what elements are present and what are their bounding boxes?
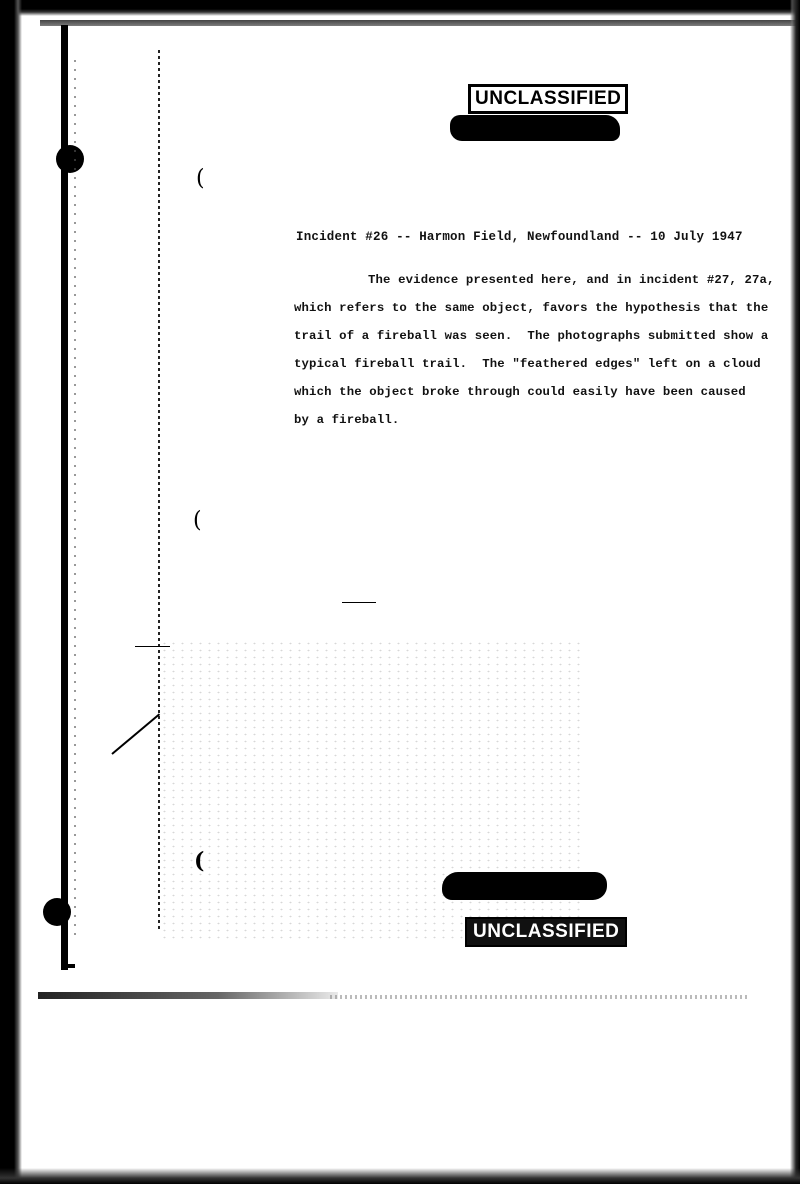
bottom-fold-shadow-faint bbox=[330, 995, 750, 999]
paragraph-line: The evidence presented here, and in inci… bbox=[294, 270, 764, 298]
scan-edge-right bbox=[790, 0, 800, 1184]
punch-hole-icon: ( bbox=[194, 848, 204, 874]
scan-edge-top bbox=[0, 0, 800, 16]
diagonal-pen-mark bbox=[111, 713, 160, 754]
stray-rule-mark bbox=[342, 602, 376, 603]
redaction-bar-top bbox=[450, 115, 620, 141]
paragraph-line: which the object broke through could eas… bbox=[294, 382, 764, 410]
incident-heading: Incident #26 -- Harmon Field, Newfoundla… bbox=[296, 230, 743, 244]
punch-hole-icon: ( bbox=[196, 166, 205, 191]
page-fold-line-faint bbox=[74, 60, 76, 940]
classification-stamp-top: UNCLASSIFIED bbox=[468, 84, 628, 114]
paragraph-line: trail of a fireball was seen. The photog… bbox=[294, 326, 764, 354]
paragraph-line: by a fireball. bbox=[294, 410, 764, 438]
paragraph-line: typical fireball trail. The "feathered e… bbox=[294, 354, 764, 382]
scan-edge-top-inner bbox=[40, 20, 800, 26]
paragraph-line: which refers to the same object, favors … bbox=[294, 298, 764, 326]
body-paragraph: The evidence presented here, and in inci… bbox=[294, 270, 764, 438]
scan-edge-left bbox=[0, 0, 22, 1184]
stray-rule-mark bbox=[135, 646, 170, 647]
classification-stamp-bottom: UNCLASSIFIED bbox=[465, 917, 627, 947]
punch-hole-icon: ( bbox=[193, 508, 202, 533]
binding-rivet-top-icon bbox=[56, 145, 84, 173]
binding-rivet-bottom-icon bbox=[43, 898, 71, 926]
redaction-bar-bottom bbox=[442, 872, 607, 900]
scan-edge-bottom bbox=[0, 1168, 800, 1184]
bottom-fold-shadow bbox=[38, 992, 338, 999]
binding-foot bbox=[61, 964, 75, 968]
